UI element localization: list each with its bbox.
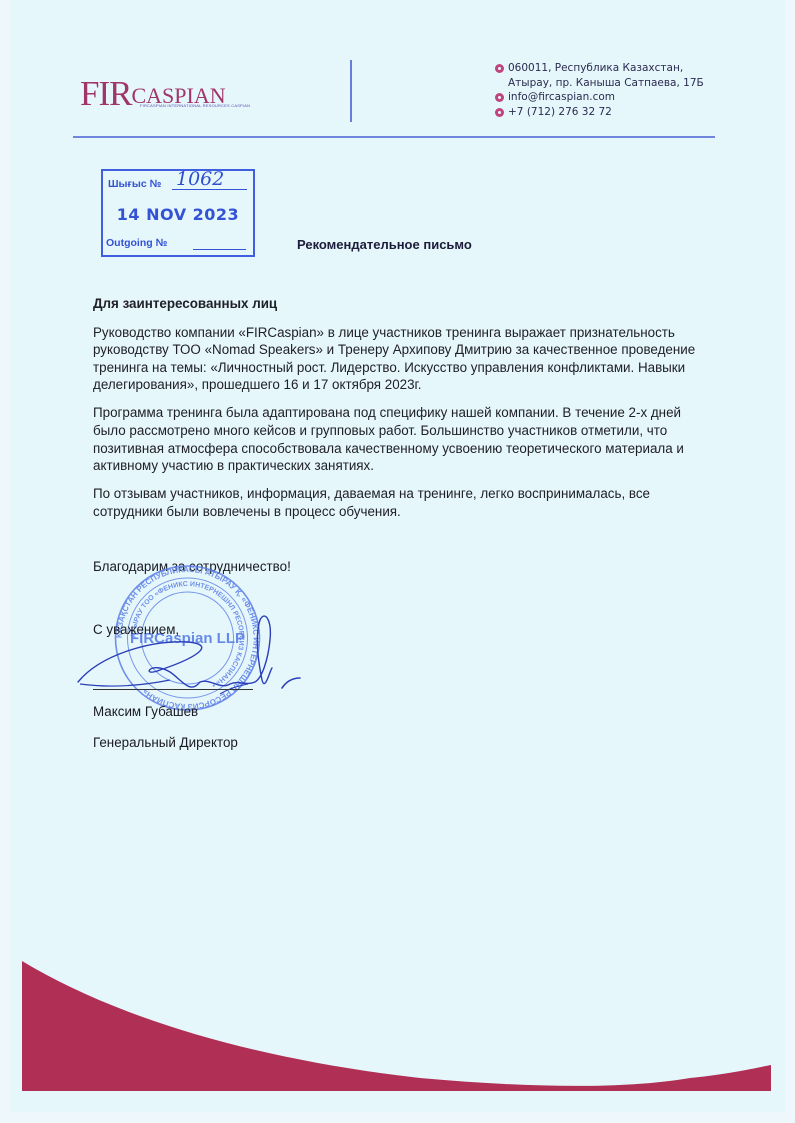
paragraph-1: Руководство компании «FIRCaspian» в лице…: [93, 324, 713, 394]
stamp-outgoing-en-underline: [193, 249, 246, 250]
document-title: Рекомендательное письмо: [297, 237, 472, 252]
logo-fir: FIR: [80, 74, 131, 113]
signer-name: Максим Губашев: [93, 704, 198, 719]
email-icon: [495, 93, 504, 102]
contact-email: info@fircaspian.com: [508, 90, 704, 105]
phone-icon: [495, 108, 504, 117]
header-vertical-divider: [350, 60, 352, 122]
contact-block: 060011, Республика Казахстан, Атырау, пр…: [508, 61, 704, 119]
stamp-outgoing-kz: Шығыс № 1062: [108, 178, 161, 190]
letter-page: [10, 0, 785, 1112]
letter-body: Для заинтересованных лиц Руководство ком…: [93, 295, 713, 531]
closing-line: С уважением,: [93, 622, 179, 637]
addressee: Для заинтересованных лиц: [93, 295, 713, 313]
header-divider: [73, 136, 715, 138]
outgoing-stamp: Шығыс № 1062 14 NOV 2023 Outgoing №: [101, 169, 255, 257]
signature-line: [93, 689, 253, 690]
thanks-line: Благодарим за сотрудничество!: [93, 559, 291, 574]
paragraph-3: По отзывам участников, информация, давае…: [93, 485, 713, 520]
contact-address: 060011, Республика Казахстан, Атырау, пр…: [508, 61, 704, 90]
company-logo: FIRCASPIAN FIRCASPIAN INTERNATIONAL RESO…: [80, 74, 226, 110]
location-pin-icon: [495, 64, 504, 73]
contact-phone: +7 (712) 276 32 72: [508, 105, 704, 120]
stamp-number-underline: [172, 189, 247, 190]
address-line-1: 060011, Республика Казахстан,: [508, 61, 704, 76]
address-line-2: Атырау, пр. Каныша Сатпаева, 17Б: [508, 76, 704, 91]
paragraph-2: Программа тренинга была адаптирована под…: [93, 404, 713, 474]
footer-wave-decoration: [0, 950, 795, 1100]
email-text[interactable]: info@fircaspian.com: [508, 90, 704, 105]
logo-tagline: FIRCASPIAN INTERNATIONAL RESOURCES CASPI…: [140, 103, 250, 108]
stamp-date: 14 NOV 2023: [103, 205, 253, 224]
stamp-handwritten-number: 1062: [176, 168, 224, 190]
phone-text[interactable]: +7 (712) 276 32 72: [508, 105, 704, 120]
signer-position: Генеральный Директор: [93, 735, 238, 750]
stamp-outgoing-kz-label: Шығыс №: [108, 178, 161, 190]
stamp-outgoing-en-label: Outgoing №: [106, 237, 167, 249]
